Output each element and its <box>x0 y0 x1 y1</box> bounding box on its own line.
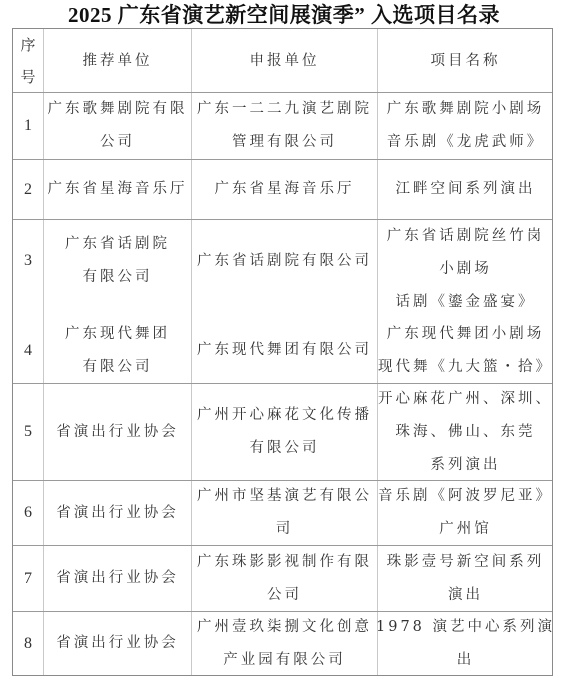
row-4-seq: 4 <box>13 318 43 383</box>
row-4-recommender: 广东现代舞团 有限公司 <box>44 318 191 383</box>
cell-line: 话剧《鎏金盛宴》 <box>396 286 536 319</box>
cell-line: 产业园有限公司 <box>223 644 346 677</box>
row-2-applicant: 广东省星海音乐厅 <box>192 160 377 219</box>
row-8-project: 1978 演艺中心系列演 出 <box>378 612 553 675</box>
cell-line: 有限公司 <box>83 261 153 294</box>
cell-line: 有限公司 <box>250 432 320 465</box>
cell-line: 广东现代舞团有限公司 <box>197 334 372 367</box>
cell-line: 公司 <box>100 126 135 159</box>
row-6-recommender: 省演出行业协会 <box>44 481 191 545</box>
cell-line: 演出 <box>448 579 483 612</box>
cell-line: 广州市坚基演艺有限公 <box>197 480 372 513</box>
cell-line: 省演出行业协会 <box>56 627 179 660</box>
row-3-recommender: 广东省话剧院 有限公司 <box>44 220 191 302</box>
cell-line: 广东现代舞团 <box>65 318 170 351</box>
row-7-recommender: 省演出行业协会 <box>44 546 191 611</box>
cell-line: 省演出行业协会 <box>56 416 179 449</box>
cell-line: 司 <box>276 513 294 546</box>
cell-line: 广州开心麻花文化传播 <box>197 399 372 432</box>
project-list-table: 序 号 推荐单位 申报单位 项目名称 1 广东歌舞剧院有限 公司 广东一二二九演… <box>12 28 553 676</box>
row-3-applicant: 广东省话剧院有限公司 <box>192 220 377 302</box>
cell-line: 省演出行业协会 <box>56 497 179 530</box>
cell-line: 珠影壹号新空间系列 <box>387 546 545 579</box>
cell-line: 开心麻花广州、深圳、 <box>378 383 553 416</box>
cell-line: 现代舞《九大篮・拾》 <box>378 351 553 384</box>
cell-line: 广东省星海音乐厅 <box>48 173 188 206</box>
header-seq: 序 号 <box>13 29 43 92</box>
cell-line: 公司 <box>267 579 302 612</box>
row-2-seq: 2 <box>13 160 43 219</box>
row-3-seq: 3 <box>13 220 43 302</box>
row-6-project: 音乐剧《阿波罗尼亚》 广州馆 <box>378 481 553 545</box>
cell-line: 出 <box>457 644 475 677</box>
cell-line: 广东省话剧院 <box>65 228 170 261</box>
row-7-project: 珠影壹号新空间系列 演出 <box>378 546 553 611</box>
cell-line: 广州馆 <box>439 513 492 546</box>
cell-line: 音乐剧《龙虎武师》 <box>387 126 545 159</box>
cell-line: 广东省星海音乐厅 <box>215 173 355 206</box>
cell-line: 广州壹玖柒捌文化创意 <box>197 611 372 644</box>
header-applicant-label: 申报单位 <box>250 45 320 77</box>
row-8-applicant: 广州壹玖柒捌文化创意 产业园有限公司 <box>192 612 377 675</box>
cell-line: 广东珠影影视制作有限 <box>197 546 372 579</box>
header-recommender: 推荐单位 <box>44 29 191 92</box>
document-title: 2025 广东省演艺新空间展演季” 入选项目名录 <box>0 2 568 28</box>
row-8-recommender: 省演出行业协会 <box>44 612 191 675</box>
cell-line: 广东省话剧院丝竹岗 <box>387 220 545 253</box>
row-5-applicant: 广州开心麻花文化传播 有限公司 <box>192 384 377 480</box>
row-4-project: 广东现代舞团小剧场 现代舞《九大篮・拾》 <box>378 318 553 383</box>
row-7-applicant: 广东珠影影视制作有限 公司 <box>192 546 377 611</box>
cell-line: 江畔空间系列演出 <box>396 173 536 206</box>
row-1-applicant: 广东一二二九演艺剧院 管理有限公司 <box>192 93 377 159</box>
row-1-recommender: 广东歌舞剧院有限 公司 <box>44 93 191 159</box>
cell-line: 音乐剧《阿波罗尼亚》 <box>378 480 553 513</box>
row-6-seq: 6 <box>13 481 43 545</box>
row-3-project: 广东省话剧院丝竹岗 小剧场 话剧《鎏金盛宴》 <box>378 220 553 319</box>
row-1-project: 广东歌舞剧院小剧场 音乐剧《龙虎武师》 <box>378 93 553 159</box>
cell-line: 珠海、佛山、东莞 <box>396 416 536 449</box>
row-5-project: 开心麻花广州、深圳、 珠海、佛山、东莞 系列演出 <box>378 384 553 480</box>
header-recommender-label: 推荐单位 <box>83 45 153 77</box>
cell-line: 广东一二二九演艺剧院 <box>197 93 372 126</box>
row-8-seq: 8 <box>13 612 43 675</box>
cell-line: 小剧场 <box>439 253 492 286</box>
cell-line: 1978 演艺中心系列演 <box>376 611 555 644</box>
cell-line: 系列演出 <box>431 449 501 482</box>
header-project: 项目名称 <box>378 29 553 92</box>
cell-line: 广东现代舞团小剧场 <box>387 318 545 351</box>
header-applicant: 申报单位 <box>192 29 377 92</box>
cell-line: 广东歌舞剧院有限 <box>48 93 188 126</box>
cell-line: 广东歌舞剧院小剧场 <box>387 93 545 126</box>
row-4-applicant: 广东现代舞团有限公司 <box>192 318 377 383</box>
row-6-applicant: 广州市坚基演艺有限公 司 <box>192 481 377 545</box>
header-project-label: 项目名称 <box>431 45 501 77</box>
row-5-recommender: 省演出行业协会 <box>44 384 191 480</box>
header-seq-line: 序 <box>20 29 35 61</box>
header-seq-line: 号 <box>20 61 35 93</box>
cell-line: 广东省话剧院有限公司 <box>197 245 372 278</box>
row-7-seq: 7 <box>13 546 43 611</box>
cell-line: 有限公司 <box>83 351 153 384</box>
row-5-seq: 5 <box>13 384 43 480</box>
row-2-recommender: 广东省星海音乐厅 <box>44 160 191 219</box>
row-2-project: 江畔空间系列演出 <box>378 160 553 219</box>
cell-line: 省演出行业协会 <box>56 562 179 595</box>
row-1-seq: 1 <box>13 93 43 159</box>
cell-line: 管理有限公司 <box>232 126 337 159</box>
